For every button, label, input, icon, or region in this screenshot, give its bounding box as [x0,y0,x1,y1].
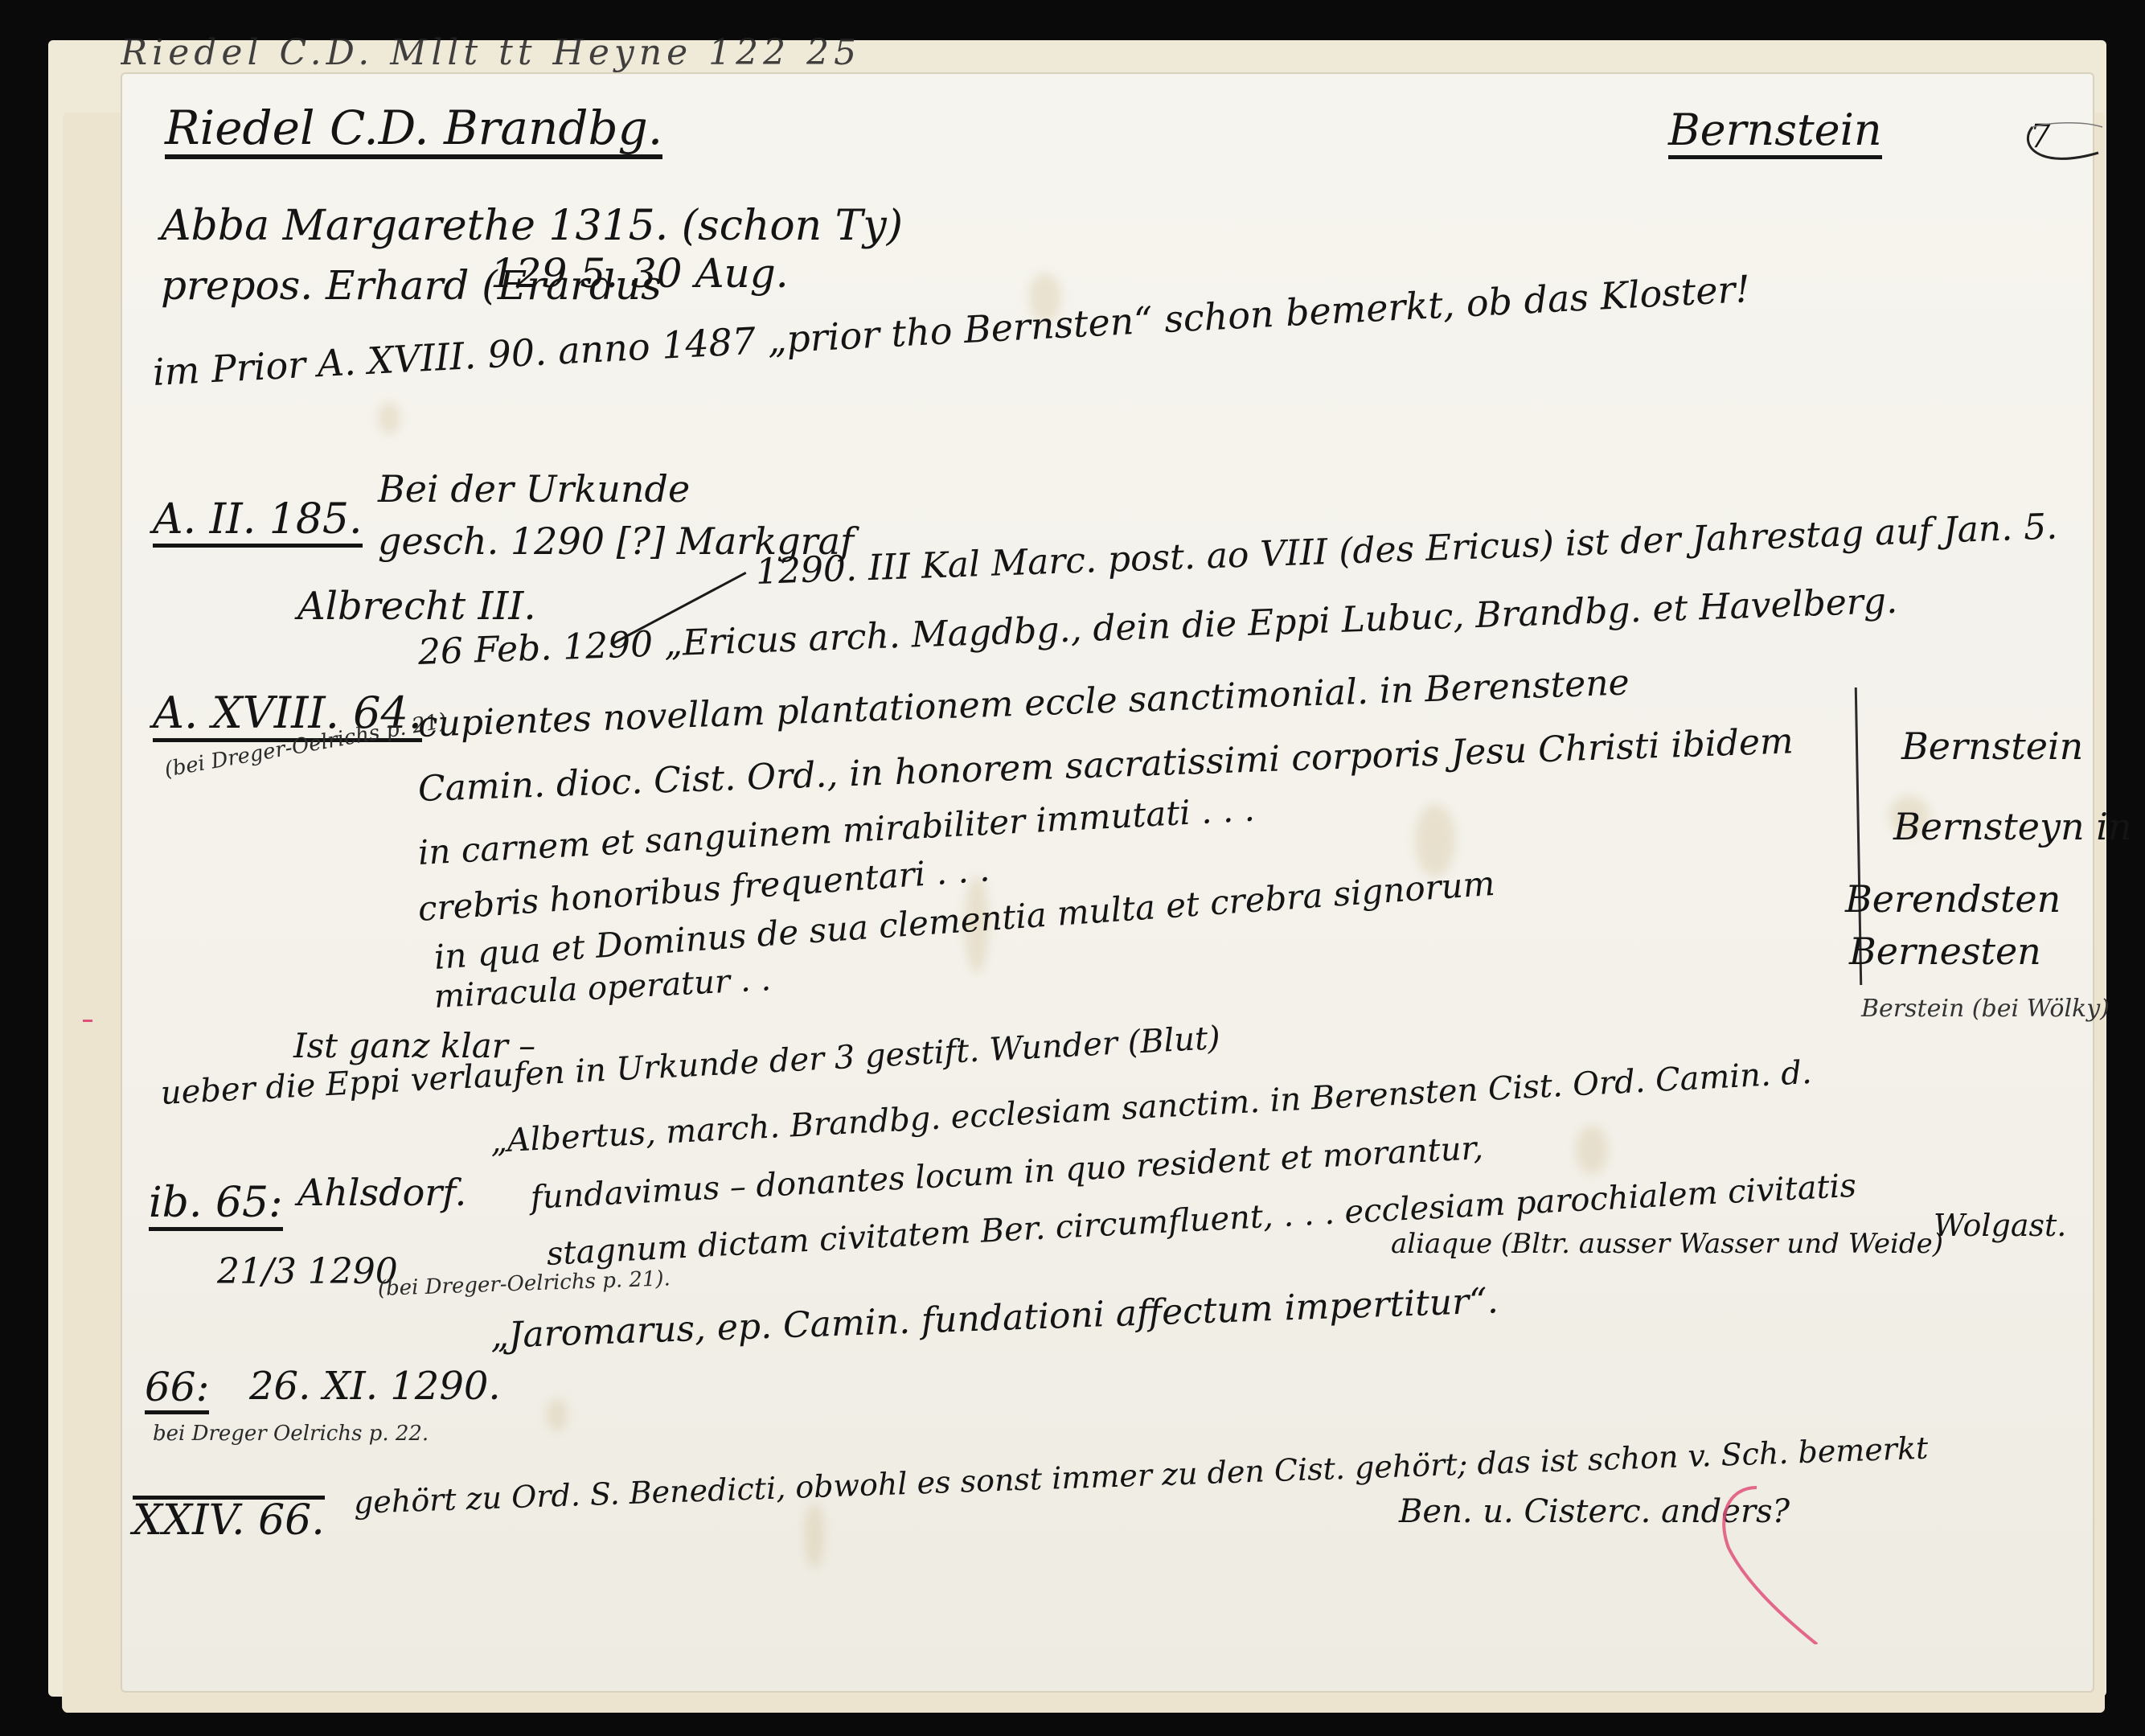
entry-ref: A. II. 185. [153,499,363,548]
variant-item: Berstein (bei Wölky) [1861,997,2110,1021]
entry-ref: 66: [145,1367,209,1414]
red-edge-tick [83,1020,92,1022]
entry-date: 26. XI. 1290. [249,1367,501,1406]
line-praepositus-date: 129 5. 30 Aug. [490,253,789,293]
entry-ref: XXIV. 66. [133,1496,325,1541]
foxing-stain [804,1504,825,1568]
variant-item: Bernesten [1849,933,2041,970]
underlying-sheet-text: Riedel C.D. Mllt tt Heyne 122 25 [121,32,1841,72]
entry-line: Albrecht III. [297,587,536,626]
entry-ref-note: bei Dreger Oelrichs p. 22. [153,1423,429,1444]
entry-date: 21/3 1290 [217,1254,398,1290]
entry-line: Bei der Urkunde [378,470,690,507]
variant-item: Bernsteyn in [1893,808,2132,845]
red-crayon-mark-icon [1712,1484,1833,1644]
variant-item: Bernstein [1901,728,2083,765]
foxing-stain [378,402,400,434]
foxing-stain [547,1399,568,1431]
foxing-stain [1576,1126,1608,1174]
foxing-stain [1415,804,1455,876]
line-abbess: Abba Margarethe 1315. (schon Ty) [161,205,903,247]
entry-ref: ib. 65: [149,1182,283,1231]
entry-line: aliaque (Bltr. ausser Wasser und Weide) [1391,1230,1943,1258]
source-heading: Riedel C.D. Brandbg. [165,105,662,159]
variant-item: Berendsten [1845,880,2061,917]
entry-margin-note: Wolgast. [1934,1210,2066,1241]
entry-ref-extra: Ahlsdorf. [297,1174,466,1211]
page-number-bracket-icon [2018,113,2106,173]
keyword-heading: Bernstein [1668,109,1882,159]
